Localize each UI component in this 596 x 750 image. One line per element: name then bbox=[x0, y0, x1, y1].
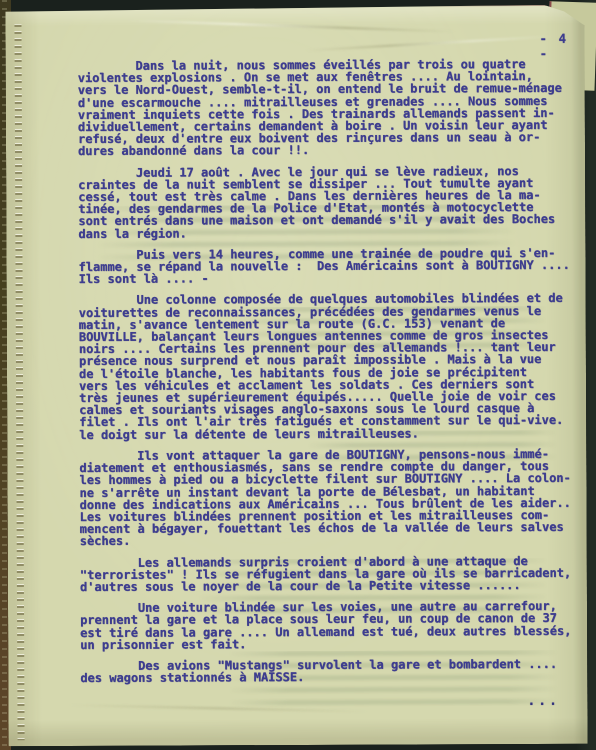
paragraph-attack-on-station: Ils vont attaquer la gare de BOUTIGNY, p… bbox=[79, 448, 582, 548]
typed-text-block: Dans la nuit, nous sommes éveillés par t… bbox=[78, 58, 584, 694]
continuation-dots: ... bbox=[527, 694, 560, 709]
paragraph-night-explosions: Dans la nuit, nous sommes éveillés par t… bbox=[78, 58, 581, 158]
paragraph-americans-at-boutigny: Puis vers 14 heures, comme une trainée d… bbox=[78, 247, 581, 286]
paragraph-germans-surprised: Les allemands surpris croient d'abord à … bbox=[80, 554, 583, 593]
paper-crease bbox=[126, 19, 456, 32]
page-number: - 4 - bbox=[539, 31, 584, 61]
paper-crease bbox=[306, 35, 556, 51]
paragraph-armored-car-fire: Une voiture blindée sur les voies, une a… bbox=[80, 600, 583, 651]
paragraph-armored-column: Une colonne composée de quelques automob… bbox=[79, 292, 583, 441]
scanned-document-page: - 4 - Dans la nuit, nous sommes éveillés… bbox=[0, 0, 596, 750]
paragraph-mustangs: Des avions "Mustangs" survolent la gare … bbox=[80, 658, 583, 685]
stitch-perforations bbox=[14, 24, 24, 740]
paragraph-thursday-17-august: Jeudi 17 août . Avec le jour qui se lève… bbox=[78, 164, 581, 239]
typed-page: - 4 - Dans la nuit, nous sommes éveillés… bbox=[5, 5, 587, 747]
